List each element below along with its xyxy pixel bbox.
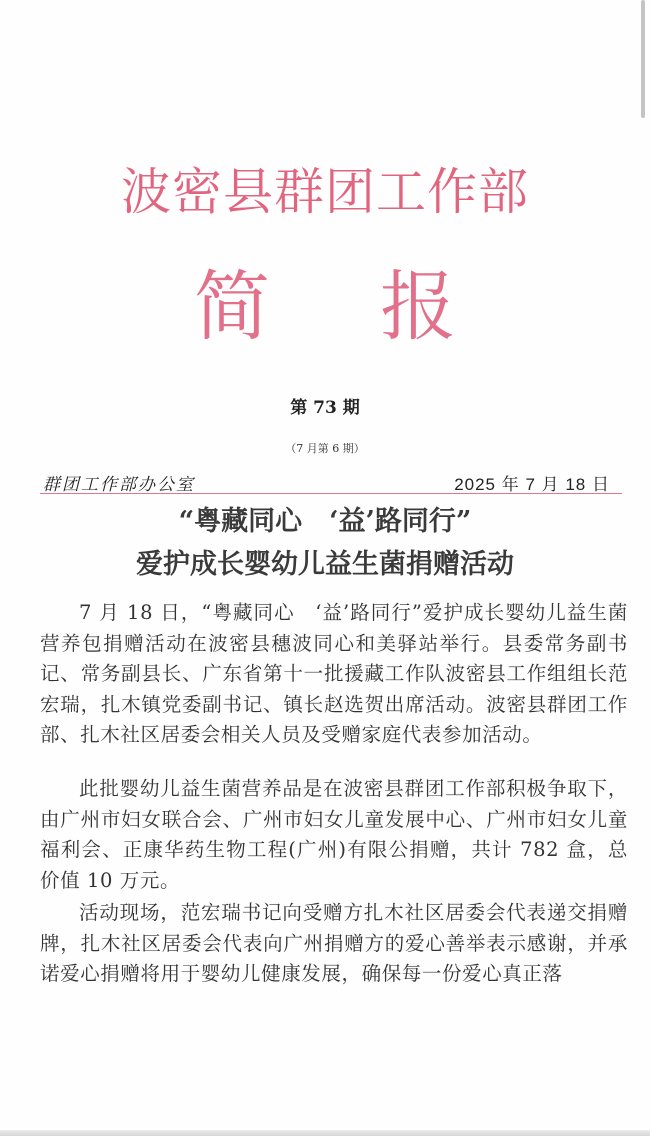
headline-line-2: 爱护成长婴幼儿益生菌捐赠活动 [0,548,650,582]
issue-date: 2025 年 7 月 18 日 [454,470,610,495]
doc-type-char-2: 报 [380,262,456,351]
letterhead-doc-type: 简报 [0,262,650,352]
letterhead-organization: 波密县群团工作部 [0,162,650,222]
issue-number: 第 73 期 [0,393,650,418]
issuer-office: 群团工作部办公室 [43,470,195,495]
document-page: 波密县群团工作部 简报 第 73 期 （7 月第 6 期） 群团工作部办公室 2… [0,0,650,1130]
headline-line-1: “粤藏同心 ‘益’路同行” [0,505,650,539]
doc-type-char-1: 简 [194,262,270,351]
issuer-date-line: 群团工作部办公室 2025 年 7 月 18 日 [40,470,622,494]
body-paragraph: 活动现场，范宏瑞书记向受赠方扎木社区居委会代表递交捐赠牌，扎木社区居委会代表向广… [40,898,628,990]
vertical-scrollbar[interactable] [641,0,645,118]
body-paragraph: 7 月 18 日，“粤藏同心 ‘益’路同行”爱护成长婴幼儿益生菌营养包捐赠活动在… [40,598,628,751]
bottom-edge-bar [0,1130,650,1136]
body-paragraph: 此批婴幼儿益生菌营养品是在波密县群团工作部积极争取下，由广州市妇女联合会、广州市… [40,774,628,896]
issue-subnumber: （7 月第 6 期） [0,440,650,456]
